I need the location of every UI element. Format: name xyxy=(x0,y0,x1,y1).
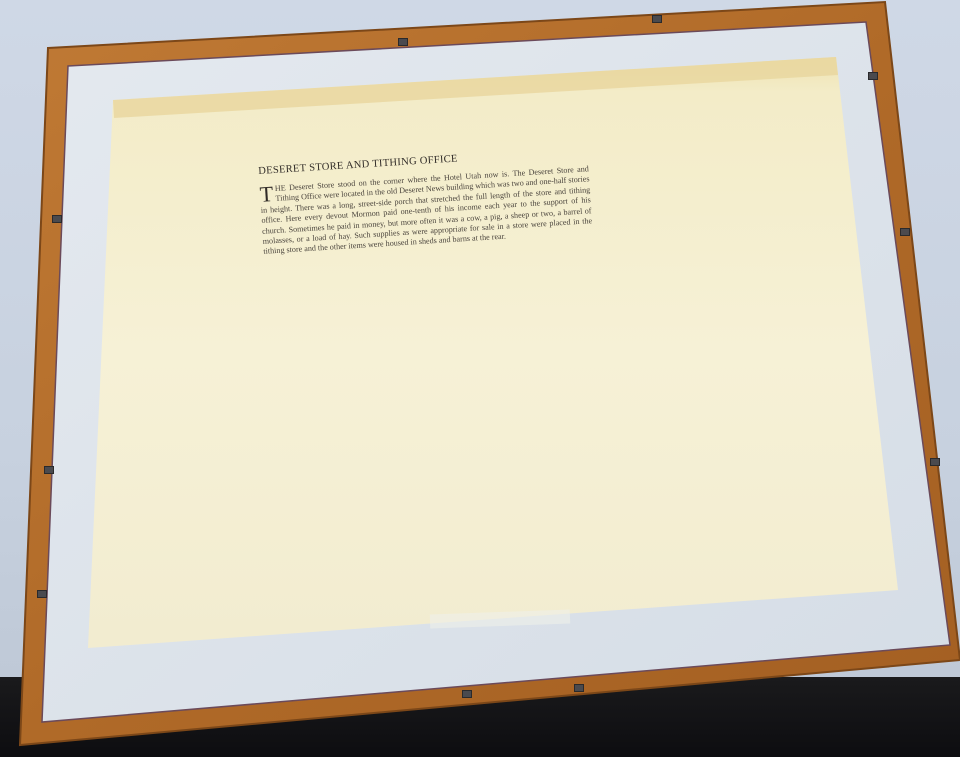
frame-artwork xyxy=(0,0,960,757)
frame-clip xyxy=(868,72,878,80)
frame-clip xyxy=(44,466,54,474)
frame-clip xyxy=(574,684,584,692)
frame-clip xyxy=(462,690,472,698)
frame-clip xyxy=(398,38,408,46)
frame-clip xyxy=(52,215,62,223)
frame-clip xyxy=(930,458,940,466)
drop-cap: T xyxy=(259,185,274,204)
frame-clip xyxy=(900,228,910,236)
picture-frame xyxy=(0,0,960,757)
aged-paper xyxy=(88,57,898,648)
frame-clip xyxy=(652,15,662,23)
frame-clip xyxy=(37,590,47,598)
